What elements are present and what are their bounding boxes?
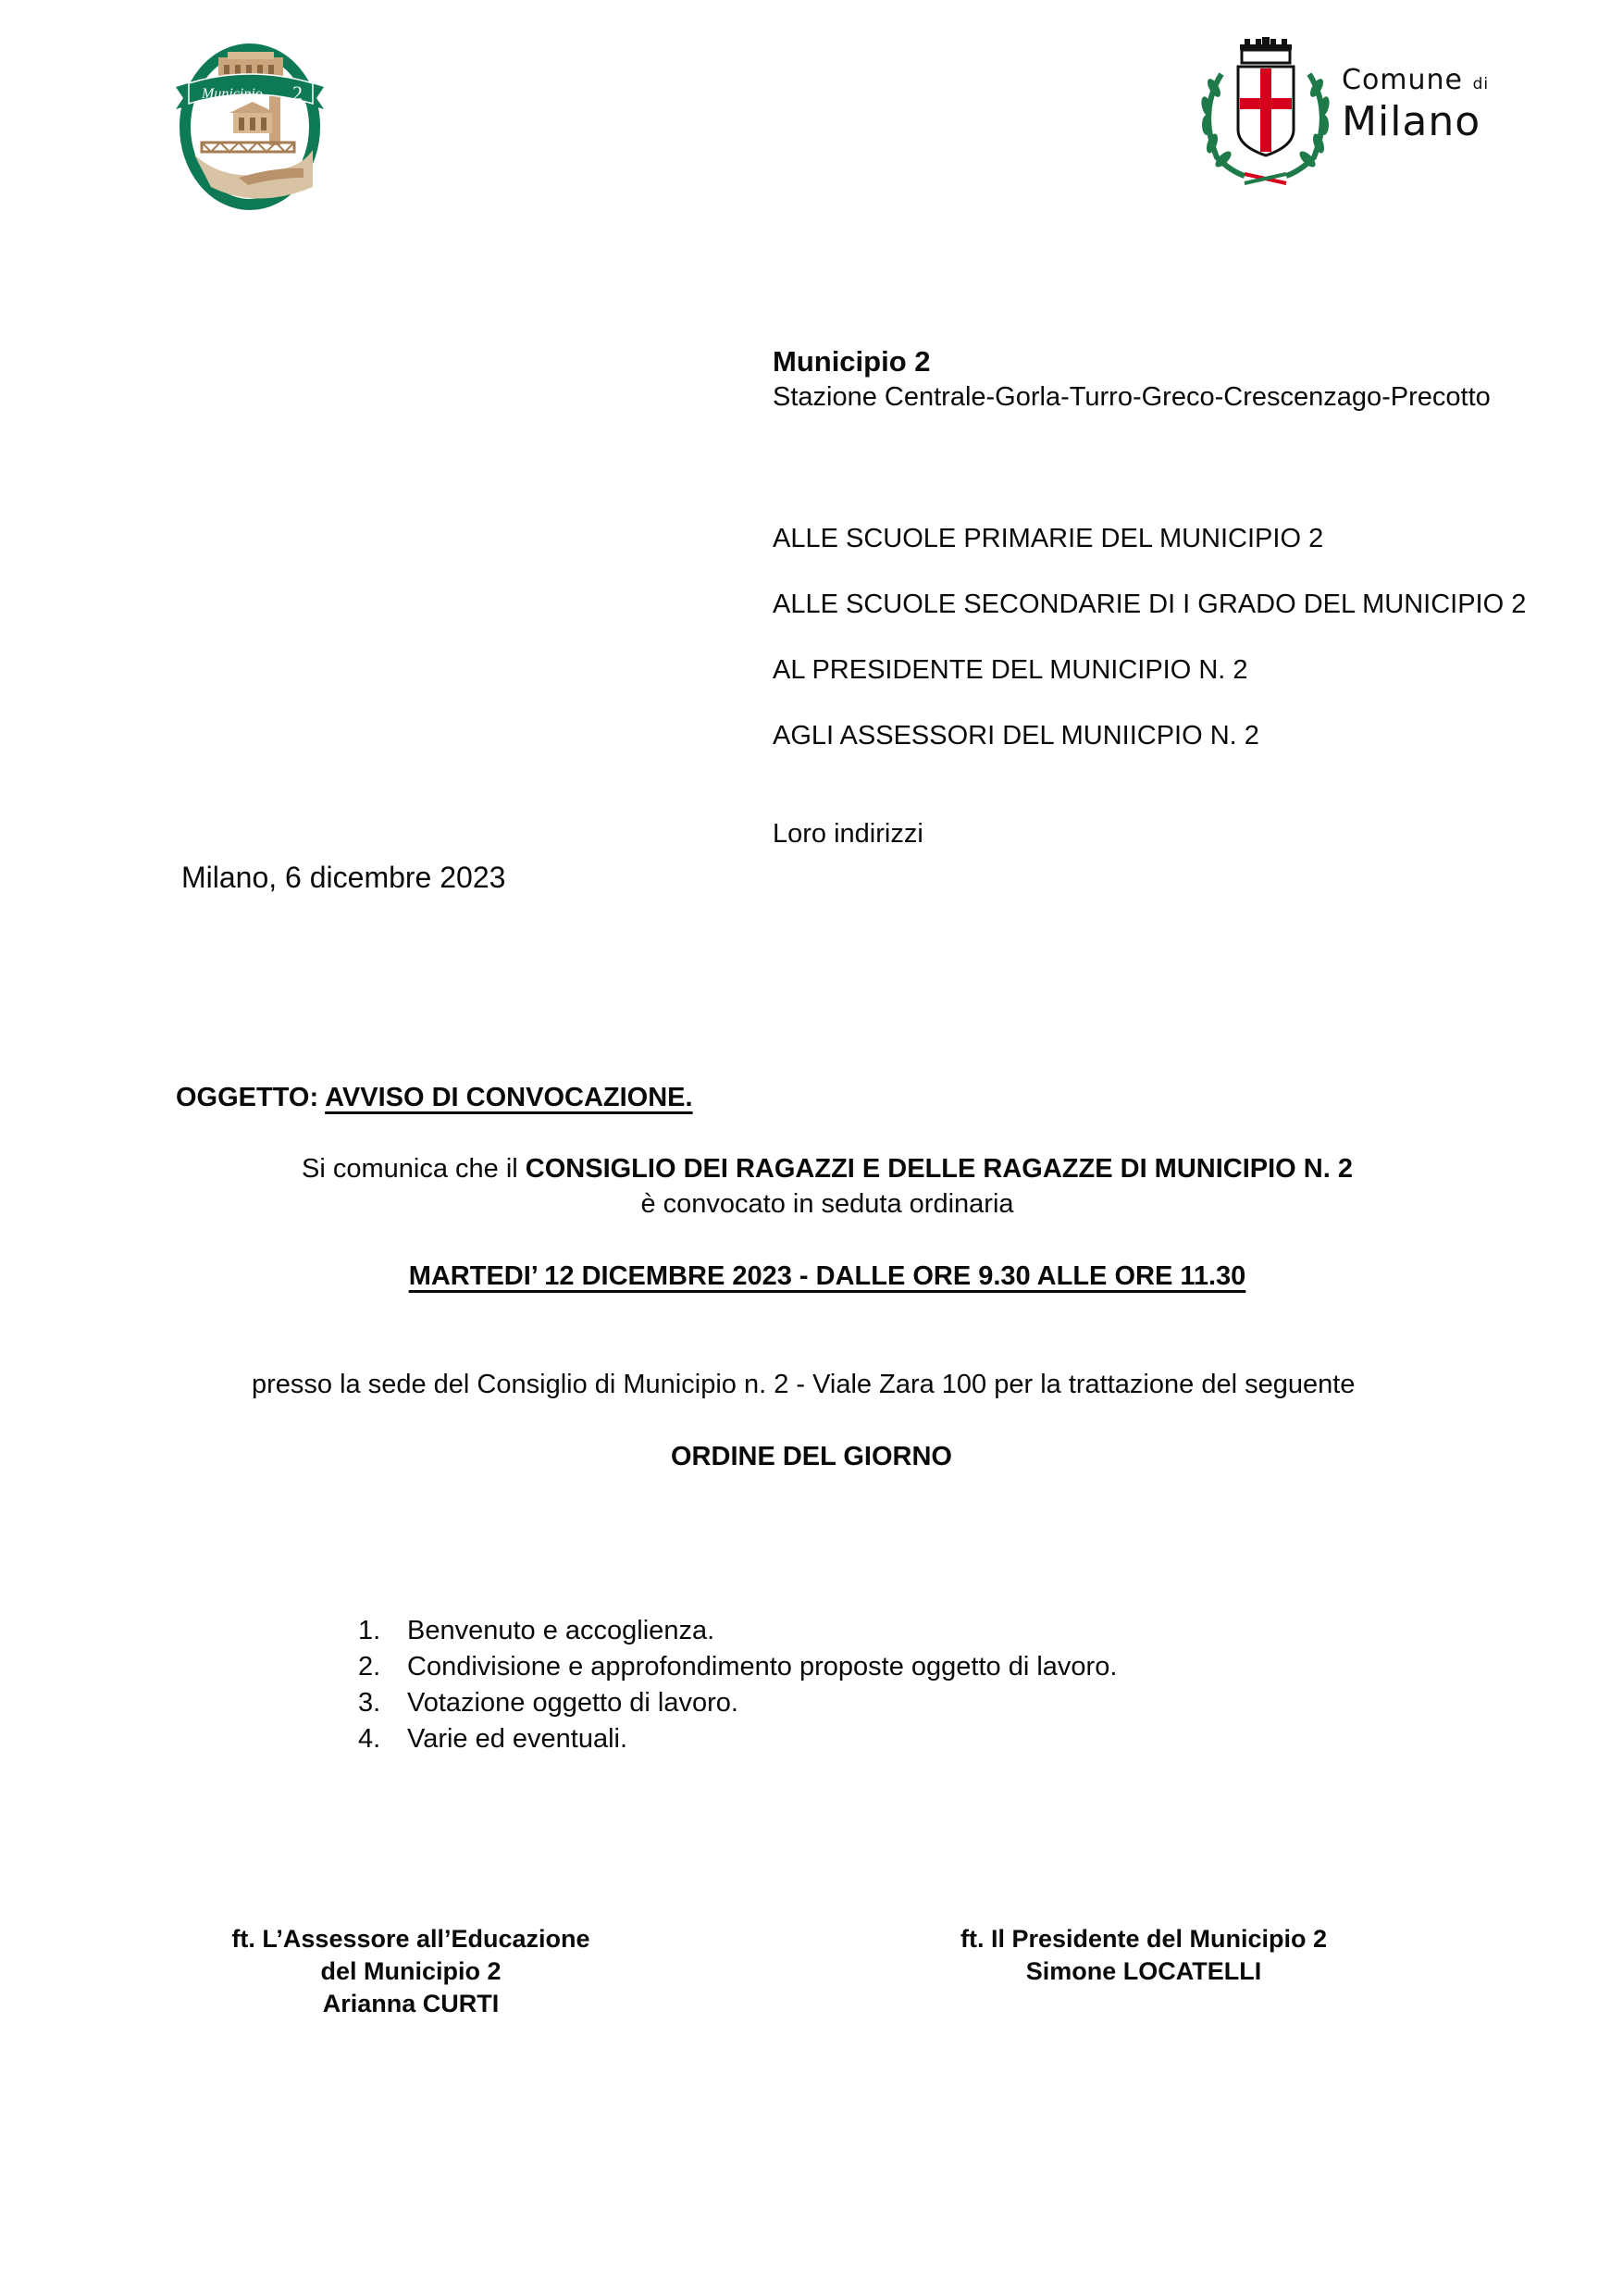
comune-di-milano-logo: Comune di Milano: [1194, 37, 1508, 190]
intro-sentence: Si comunica che il CONSIGLIO DEI RAGAZZI…: [0, 1152, 1623, 1185]
recipient-line: ALLE SCUOLE SECONDARIE DI I GRADO DEL MU…: [773, 588, 1526, 621]
office-name: Municipio 2: [773, 344, 931, 379]
agenda-item: 2. Condivisione e approfondimento propos…: [0, 1650, 1623, 1683]
recipient-line: ALLE SCUOLE PRIMARIE DEL MUNICIPIO 2: [773, 522, 1323, 555]
convened-line: è convocato in seduta ordinaria: [0, 1187, 1623, 1221]
municipio-2-logo: Municipio 2: [174, 39, 331, 210]
subject-text: AVVISO DI CONVOCAZIONE.: [325, 1083, 692, 1112]
agenda-item: 4. Varie ed eventuali.: [0, 1722, 1623, 1756]
subject-line: OGGETTO: AVVISO DI CONVOCAZIONE.: [176, 1081, 693, 1114]
svg-text:2: 2: [292, 81, 303, 105]
signature-assessore: ft. L’Assessore all’Educazione del Munic…: [207, 1923, 614, 2020]
comune-di-milano-crest-icon: [1194, 37, 1342, 190]
signature-presidente: ft. Il Presidente del Municipio 2 Simone…: [931, 1923, 1357, 1988]
comune-di-milano-wordmark: Comune di Milano: [1342, 65, 1489, 144]
council-name: CONSIGLIO DEI RAGAZZI E DELLE RAGAZZE DI…: [526, 1154, 1353, 1184]
municipio-2-emblem-icon: Municipio 2: [174, 39, 331, 210]
agenda-item: 1. Benvenuto e accoglienza.: [0, 1614, 1623, 1647]
meeting-location: presso la sede del Consiglio di Municipi…: [252, 1368, 1355, 1401]
agenda-item: 3. Votazione oggetto di lavoro.: [0, 1686, 1623, 1719]
office-districts: Stazione Centrale-Gorla-Turro-Greco-Cres…: [773, 380, 1491, 414]
agenda-title: ORDINE DEL GIORNO: [0, 1440, 1623, 1473]
svg-text:Municipio: Municipio: [201, 86, 263, 102]
recipients-footer: Loro indirizzi: [773, 817, 923, 850]
subject-label: OGGETTO:: [176, 1083, 318, 1112]
recipient-line: AGLI ASSESSORI DEL MUNIICPIO N. 2: [773, 719, 1259, 752]
recipient-line: AL PRESIDENTE DEL MUNICIPIO N. 2: [773, 653, 1248, 687]
meeting-datetime: MARTEDI’ 12 DICEMBRE 2023 - DALLE ORE 9.…: [0, 1260, 1623, 1293]
place-date: Milano, 6 dicembre 2023: [181, 859, 505, 896]
